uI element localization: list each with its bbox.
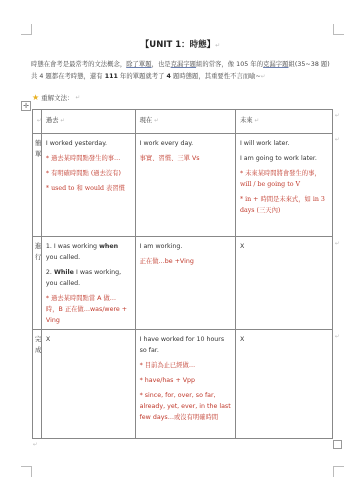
note-text: 事實、習慣、三單 Vs [140, 153, 231, 164]
intro-text: 組的常客，像 105 年的 [196, 61, 263, 68]
cell-simple-present[interactable]: I work every day. 事實、習慣、三單 Vs [135, 134, 235, 237]
example-sentence: I will work later. [240, 138, 328, 149]
cell-perfect-future[interactable]: X [235, 330, 332, 439]
note-text: * used to 和 would 表習慣 [46, 183, 131, 194]
example-sentence: I have worked for 10 hours so far. [140, 334, 231, 356]
empty-marker: X [240, 241, 328, 252]
paragraph-mark: ↵ [37, 118, 42, 124]
empty-marker: X [240, 334, 328, 345]
cell-progressive-present[interactable]: I am working. 正在做…be +Ving [135, 237, 235, 330]
row-end-mark: ↵ [335, 113, 340, 119]
note-text: * 過去某時間點發生的事… [46, 153, 131, 164]
note-text: 正在做…be +Ving [140, 256, 231, 267]
paragraph-mark: ↵ [261, 74, 266, 80]
paragraph-mark: ↵ [154, 118, 159, 124]
note-text: * 過去某時間點當 A 做… [46, 293, 131, 304]
cell-progressive-future[interactable]: X [235, 237, 332, 330]
table-row-progressive: 進行 1. I was working when you called. 2. … [33, 237, 333, 330]
intro-text: 年的單題就考了 [118, 73, 167, 80]
example-sentence: I am going to work later. [240, 153, 328, 164]
paragraph-mark: ↵ [215, 42, 220, 49]
paragraph-mark: ↵ [76, 95, 81, 101]
example-sentence: I am working. [140, 241, 231, 252]
note-text: * 有明確時間點 (過去沒有) [46, 168, 131, 179]
title-text: 【UNIT 1：時態】 [141, 40, 215, 50]
margin-corner-bottom-right [333, 466, 344, 477]
note-text: 時，B 正在做…was/were + [46, 304, 131, 315]
paragraph-mark: ↵ [33, 442, 38, 448]
example-sentence: 1. I was working when you called. [46, 241, 131, 263]
note-text: * 未來某時間將會發生的事， [240, 168, 328, 179]
row-label: 完成 [35, 336, 41, 354]
note-text: * in + 時間是未來式，如 in 3 [240, 194, 328, 205]
cell-simple-past[interactable]: I worked yesterday. * 過去某時間點發生的事… * 有明確時… [41, 134, 135, 237]
note-text: * 目前為止已經做… [140, 360, 231, 371]
cell-perfect-present[interactable]: I have worked for 10 hours so far. * 目前為… [135, 330, 235, 439]
note-text: * have/has + Vpp [140, 375, 231, 386]
example-sentence: 2. While I was working, you called. [46, 267, 131, 289]
intro-text: ，也是 [152, 61, 171, 68]
table-move-handle-icon[interactable]: ✛ [21, 101, 31, 111]
margin-corner-bottom-left [21, 466, 32, 477]
row-end-mark: ↵ [335, 137, 340, 143]
intro-text-underlined: 克漏字題 [171, 61, 196, 68]
intro-text: 題時態題，其重要性不言而喻~ [171, 73, 261, 80]
cell-perfect-past[interactable]: X [41, 330, 135, 439]
header-label: 現在 [140, 117, 153, 124]
intro-text: 時態在會考是最常考的文法概念， [31, 61, 126, 68]
cell-simple-future[interactable]: I will work later. I am going to work la… [235, 134, 332, 237]
row-label-cell[interactable]: 簡單 [33, 134, 42, 237]
example-sentence: I worked yesterday. [46, 138, 131, 149]
note-text: Ving [46, 315, 131, 326]
row-label: 進行 [35, 243, 41, 261]
cell-progressive-past[interactable]: 1. I was working when you called. 2. Whi… [41, 237, 135, 330]
margin-corner-top-right [333, 24, 344, 35]
margin-corner-top-left [21, 24, 32, 35]
section-heading-text: 重解文法： [41, 93, 74, 102]
section-heading[interactable]: ★ 重解文法： ↵ [32, 93, 80, 102]
table-resize-handle[interactable] [333, 440, 342, 449]
star-icon: ★ [32, 94, 39, 102]
paragraph-mark: ↵ [255, 118, 260, 124]
row-label-cell[interactable]: 進行 [33, 237, 42, 330]
document-page: 【UNIT 1：時態】↵ 時態在會考是最常考的文法概念，除了單題，也是克漏字題組… [0, 0, 361, 480]
note-text: days (三天內) [240, 205, 328, 216]
example-sentence: I work every day. [140, 138, 231, 149]
intro-text-underlined: 克漏字題 [263, 61, 288, 68]
tense-table: ↵ 過去 ↵ 現在 ↵ 未來 ↵ 簡單 I worked yesterday. … [32, 109, 333, 439]
header-cell-present[interactable]: 現在 ↵ [135, 110, 235, 134]
header-cell-future[interactable]: 未來 ↵ [235, 110, 332, 134]
intro-text-underlined: 除了單題 [126, 61, 151, 68]
intro-paragraph[interactable]: 時態在會考是最常考的文法概念，除了單題，也是克漏字題組的常客，像 105 年的克… [31, 59, 331, 83]
header-label: 過去 [46, 117, 59, 124]
table-row-simple: 簡單 I worked yesterday. * 過去某時間點發生的事… * 有… [33, 134, 333, 237]
row-end-mark: ↵ [335, 241, 340, 247]
row-label-cell[interactable]: 完成 [33, 330, 42, 439]
header-cell-past[interactable]: 過去 ↵ [41, 110, 135, 134]
row-label: 簡單 [35, 140, 41, 158]
empty-marker: X [46, 334, 131, 345]
header-label: 未來 [240, 117, 253, 124]
paragraph-mark: ↵ [61, 118, 66, 124]
table-row-perfect: 完成 X I have worked for 10 hours so far. … [33, 330, 333, 439]
intro-text-bold: 111 [105, 73, 118, 80]
note-text: will / be going to V [240, 179, 328, 190]
note-text: * since, for, over, so far, already, yet… [140, 390, 231, 423]
document-title[interactable]: 【UNIT 1：時態】↵ [0, 38, 361, 50]
table-header-row: ↵ 過去 ↵ 現在 ↵ 未來 ↵ [33, 110, 333, 134]
row-end-mark: ↵ [335, 334, 340, 340]
header-cell-empty[interactable]: ↵ [33, 110, 42, 134]
